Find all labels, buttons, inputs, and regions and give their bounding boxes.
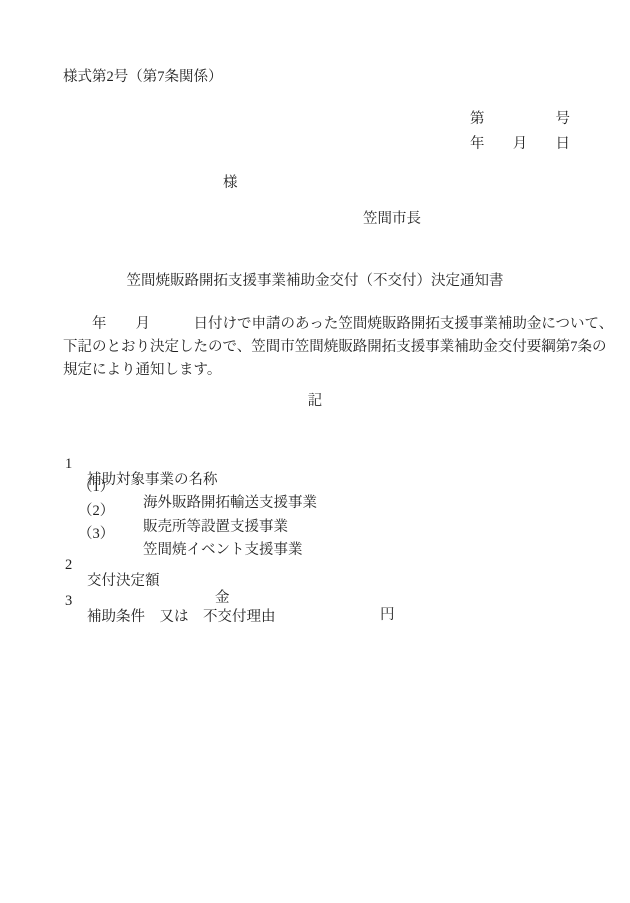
section-3: 3 補助条件 又は 不交付理由 xyxy=(0,576,630,594)
body-line-2: 下記のとおり決定したので、笠間市笠間焼販路開拓支援事業補助金交付要綱第7条の xyxy=(63,339,606,356)
list-item: （2） 販売所等設置支援事業 xyxy=(0,486,630,504)
list-item: （3） 笠間焼イベント支援事業 xyxy=(0,509,630,527)
section-2-number: 2 xyxy=(65,557,72,574)
body-line-3: 規定により通知します。 xyxy=(63,362,221,379)
document-number-prefix: 第 xyxy=(470,111,485,128)
document-page: 様式第2号（第7条関係） 第 号 年 月 日 様 笠間市長 笠間焼販路開拓支援事… xyxy=(0,0,630,903)
section-3-heading: 補助条件 又は 不交付理由 xyxy=(87,609,276,626)
document-title: 笠間焼販路開拓支援事業補助金交付（不交付）決定通知書 xyxy=(0,273,630,290)
date-month-label: 月 xyxy=(513,136,528,153)
section-3-number: 3 xyxy=(65,593,72,610)
date-line: 年 月 日 xyxy=(470,136,570,153)
sender-name: 笠間市長 xyxy=(363,211,421,228)
date-day-label: 日 xyxy=(556,136,571,153)
section-1-heading-line: 1 補助対象事業の名称 xyxy=(0,439,630,457)
date-year-label: 年 xyxy=(470,136,485,153)
recipient-honorific: 様 xyxy=(223,175,238,192)
document-number-suffix: 号 xyxy=(556,111,571,128)
body-line-1: 年 月 日付けで申請のあった笠間焼販路開拓支援事業補助金について、 xyxy=(63,316,613,333)
ki-marker: 記 xyxy=(0,393,630,410)
amount-suffix: 円 xyxy=(380,607,395,624)
form-number: 様式第2号（第7条関係） xyxy=(63,69,223,86)
document-number-line: 第 号 xyxy=(470,111,570,128)
list-item: （1） 海外販路開拓輸送支援事業 xyxy=(0,462,630,480)
section-2: 2 交付決定額 金 円 xyxy=(0,540,630,558)
